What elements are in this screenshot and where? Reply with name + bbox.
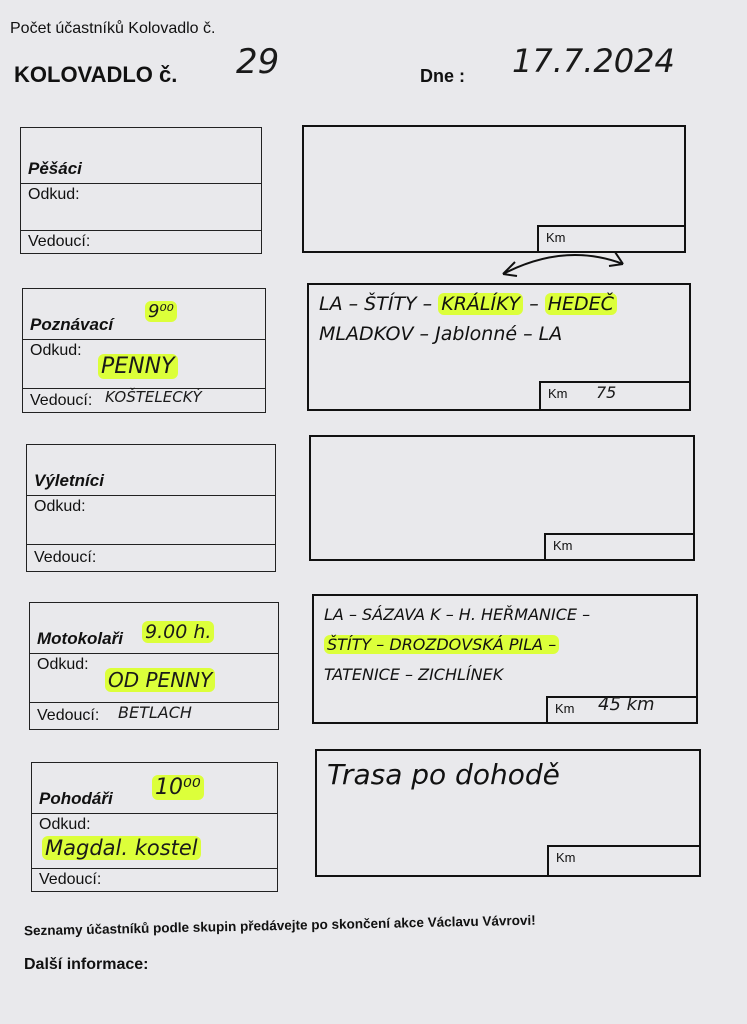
route-box-pesaci: Km — [302, 125, 686, 253]
vedouci-label: Vedoucí: — [39, 871, 101, 889]
group-box-pesaci: Pěšáci Odkud: Vedoucí: — [20, 127, 262, 254]
km-cell: Km — [547, 845, 699, 875]
vedouci-label: Vedoucí: — [28, 233, 90, 251]
swap-arrow-icon — [495, 248, 635, 280]
more-info-label: Další informace: — [24, 956, 148, 974]
group-time: 10⁰⁰ — [152, 775, 204, 800]
vedouci-label: Vedoucí: — [37, 707, 99, 725]
route-text: Trasa po dohodě — [327, 755, 560, 795]
odkud-label: Odkud: — [28, 186, 80, 204]
date-value: 17.7.2024 — [512, 42, 675, 80]
group-box-vyletnici: Výletníci Odkud: Vedoucí: — [26, 444, 276, 572]
odkud-value: PENNY — [98, 354, 178, 379]
odkud-label: Odkud: — [39, 816, 91, 834]
group-time: 9⁰⁰ — [145, 301, 177, 322]
vedouci-label: Vedoucí: — [30, 392, 92, 410]
route-box-poznavaci: LA – ŠTÍTY – KRÁLÍKY – HEDEČ MLADKOV – J… — [307, 283, 691, 411]
odkud-label: Odkud: — [37, 656, 89, 674]
group-box-pohodari: Pohodáři 10⁰⁰ Odkud: Magdal. kostel Vedo… — [31, 762, 278, 892]
vedouci-value: KOŠTELECKÝ — [105, 388, 202, 406]
date-label: Dne : — [420, 66, 465, 87]
kolovadlo-number: 29 — [236, 42, 279, 82]
group-title: Výletníci — [34, 471, 104, 491]
route-text: LA – ŠTÍTY – KRÁLÍKY – HEDEČ MLADKOV – J… — [319, 289, 617, 349]
odkud-label: Odkud: — [34, 498, 86, 516]
vedouci-value: BETLACH — [118, 703, 192, 722]
odkud-label: Odkud: — [30, 342, 82, 360]
odkud-value: Magdal. kostel — [42, 836, 201, 860]
group-title: Motokolaři — [37, 629, 123, 649]
route-box-motokolari: LA – SÁZAVA K – H. HEŘMANICE – ŠTÍTY – D… — [312, 594, 698, 724]
group-box-motokolari: Motokolaři 9.00 h. Odkud: OD PENNY Vedou… — [29, 602, 279, 730]
group-title: Poznávací — [30, 315, 113, 335]
route-box-vyletnici: Km — [309, 435, 695, 561]
group-title: Pohodáři — [39, 789, 113, 809]
route-text: LA – SÁZAVA K – H. HEŘMANICE – ŠTÍTY – D… — [324, 600, 590, 690]
group-box-poznavaci: Poznávací 9⁰⁰ Odkud: PENNY Vedoucí: KOŠT… — [22, 288, 266, 413]
form-subtitle: Počet účastníků Kolovadlo č. — [10, 20, 215, 38]
route-box-pohodari: Trasa po dohodě Km — [315, 749, 701, 877]
odkud-value: OD PENNY — [105, 668, 215, 692]
vedouci-label: Vedoucí: — [34, 549, 96, 567]
group-title: Pěšáci — [28, 159, 82, 179]
km-cell: Km 45 km — [546, 696, 696, 722]
form-title: KOLOVADLO č. — [14, 62, 177, 88]
footer-note: Seznamy účastníků podle skupin předávejt… — [24, 913, 536, 939]
km-value: 75 — [596, 383, 616, 402]
km-cell: Km — [544, 533, 693, 559]
km-cell: Km 75 — [539, 381, 689, 409]
group-time: 9.00 h. — [142, 621, 214, 643]
km-value: 45 km — [598, 694, 655, 715]
